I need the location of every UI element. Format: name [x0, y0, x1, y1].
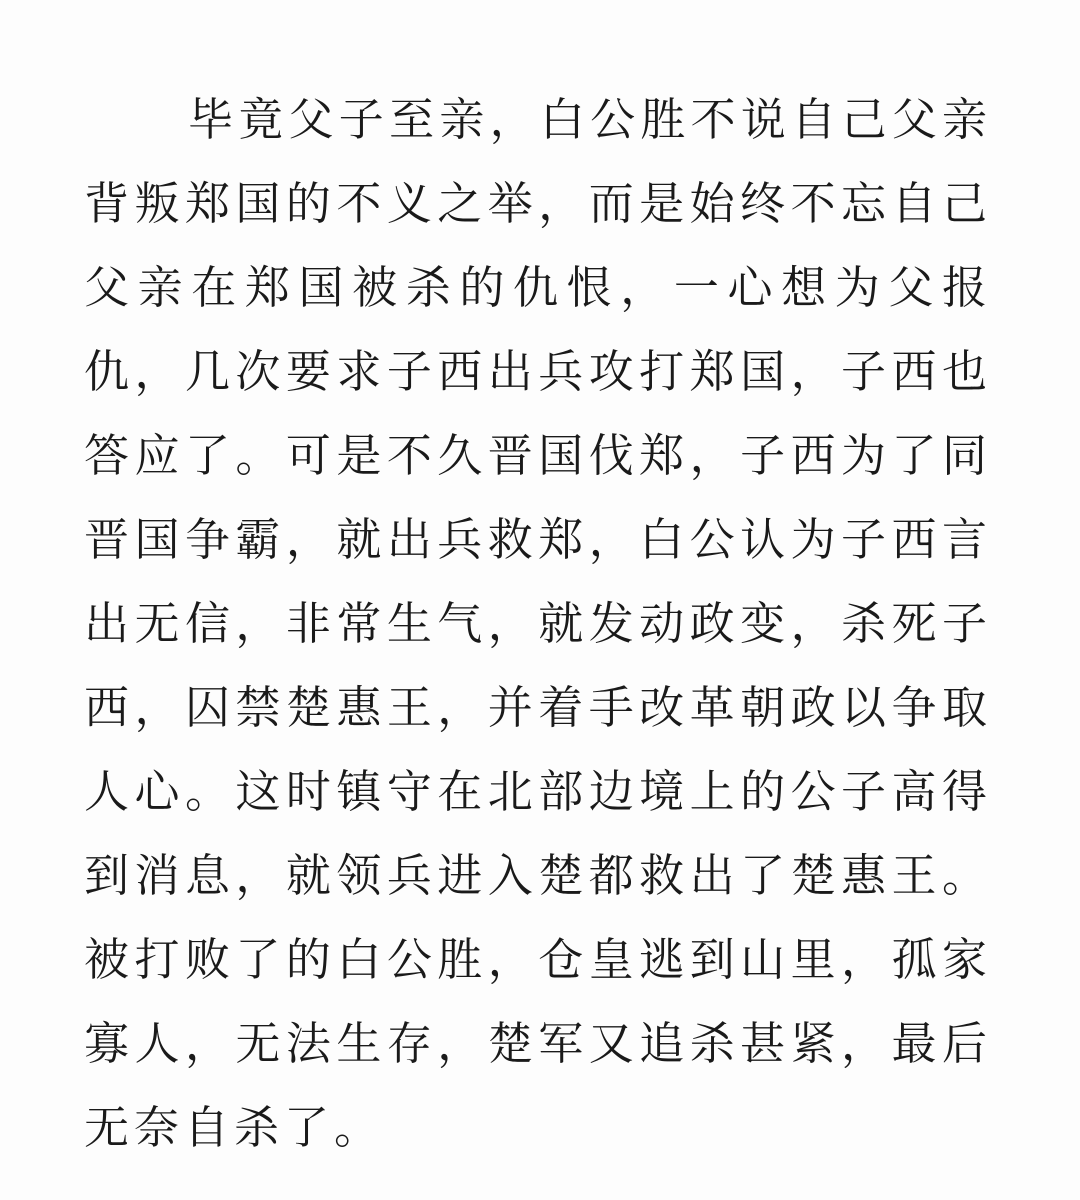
paragraph: 毕竟父子至亲，白公胜不说自己父亲 背叛郑国的不义之举，而是始终不忘自己 父亲在郑… — [84, 78, 992, 1170]
text-line: 毕竟父子至亲，白公胜不说自己父亲 — [84, 78, 992, 162]
text-line: 西，囚禁楚惠王，并着手改革朝政以争取 — [84, 666, 992, 750]
text-line: 背叛郑国的不义之举，而是始终不忘自己 — [84, 162, 992, 246]
text-line: 晋国争霸，就出兵救郑，白公认为子西言 — [84, 498, 992, 582]
text-line: 父亲在郑国被杀的仇恨，一心想为父报 — [84, 246, 992, 330]
text-line: 出无信，非常生气，就发动政变，杀死子 — [84, 582, 992, 666]
text-line: 仇，几次要求子西出兵攻打郑国，子西也 — [84, 330, 992, 414]
reader-page: 毕竟父子至亲，白公胜不说自己父亲 背叛郑国的不义之举，而是始终不忘自己 父亲在郑… — [0, 0, 1080, 1200]
text-line: 到消息，就领兵进入楚都救出了楚惠王。 — [84, 834, 992, 918]
text-line: 答应了。可是不久晋国伐郑，子西为了同 — [84, 414, 992, 498]
text-line: 人心。这时镇守在北部边境上的公子高得 — [84, 750, 992, 834]
text-line: 寡人，无法生存，楚军又追杀甚紧，最后 — [84, 1002, 992, 1086]
text-line: 被打败了的白公胜，仓皇逃到山里，孤家 — [84, 918, 992, 1002]
text-line: 无奈自杀了。 — [84, 1086, 992, 1170]
